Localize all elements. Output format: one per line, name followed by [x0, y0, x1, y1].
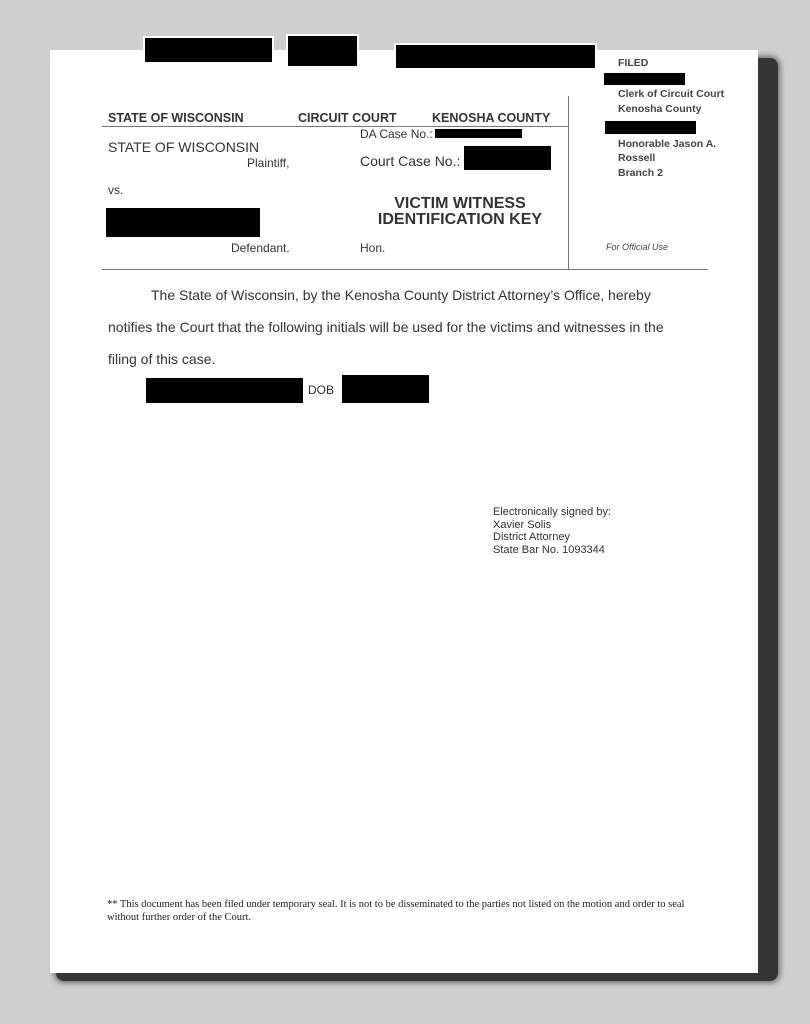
- signature-title: District Attorney: [493, 531, 611, 544]
- judge-line1: Honorable Jason A.: [618, 137, 716, 152]
- body-line1: The State of Wisconsin, by the Kenosha C…: [151, 287, 651, 303]
- signature-line1: Electronically signed by:: [493, 506, 611, 519]
- court-case-label: Court Case No.:: [360, 153, 460, 169]
- hon-label: Hon.: [360, 241, 385, 255]
- plaintiff-label: Plaintiff,: [247, 156, 289, 170]
- signature-bar-number: State Bar No. 1093344: [493, 544, 611, 557]
- da-case-label: DA Case No.:: [360, 127, 433, 141]
- judge-line2: Rossell: [618, 151, 655, 166]
- document-title-line2: IDENTIFICATION KEY: [360, 212, 560, 228]
- plaintiff-name: STATE OF WISCONSIN: [108, 139, 259, 155]
- seal-footer-note: ** This document has been filed under te…: [107, 898, 717, 924]
- filed-date-redaction: [604, 73, 685, 85]
- body-line3: filing of this case.: [108, 351, 215, 367]
- victim-initials-redaction: [146, 378, 303, 403]
- defendant-label: Defendant.: [231, 241, 290, 255]
- defendant-name-redaction: [106, 208, 260, 237]
- clerk-line1: Clerk of Circuit Court: [618, 87, 724, 102]
- caption-county: KENOSHA COUNTY: [432, 111, 550, 125]
- dob-redaction: [342, 375, 429, 403]
- clerk-line2: Kenosha County: [618, 102, 701, 117]
- top-redaction-2: [288, 36, 357, 66]
- dob-label: DOB: [308, 383, 334, 397]
- caption-state: STATE OF WISCONSIN: [108, 111, 244, 125]
- versus-label: vs.: [108, 183, 123, 197]
- body-line2: notifies the Court that the following in…: [108, 319, 664, 335]
- top-redaction-1: [145, 38, 272, 62]
- document-page: STATE OF WISCONSIN CIRCUIT COURT KENOSHA…: [50, 50, 758, 973]
- caption-court: CIRCUIT COURT: [298, 111, 397, 125]
- signature-block: Electronically signed by: Xavier Solis D…: [493, 506, 611, 556]
- branch-label: Branch 2: [618, 166, 663, 181]
- official-use-label: For Official Use: [606, 242, 668, 252]
- court-case-number-redaction: [464, 146, 551, 170]
- signature-name: Xavier Solis: [493, 519, 611, 532]
- da-case-number-redaction: [435, 129, 522, 138]
- filed-label: FILED: [618, 56, 648, 71]
- document-title: VICTIM WITNESS IDENTIFICATION KEY: [360, 196, 560, 228]
- case-number-stamp-redaction: [605, 121, 696, 134]
- document-title-line1: VICTIM WITNESS: [360, 196, 560, 212]
- caption-bottom-rule: [102, 269, 708, 270]
- stamp-divider: [568, 96, 569, 270]
- top-redaction-3: [396, 45, 595, 68]
- caption-header-rule: [102, 126, 568, 127]
